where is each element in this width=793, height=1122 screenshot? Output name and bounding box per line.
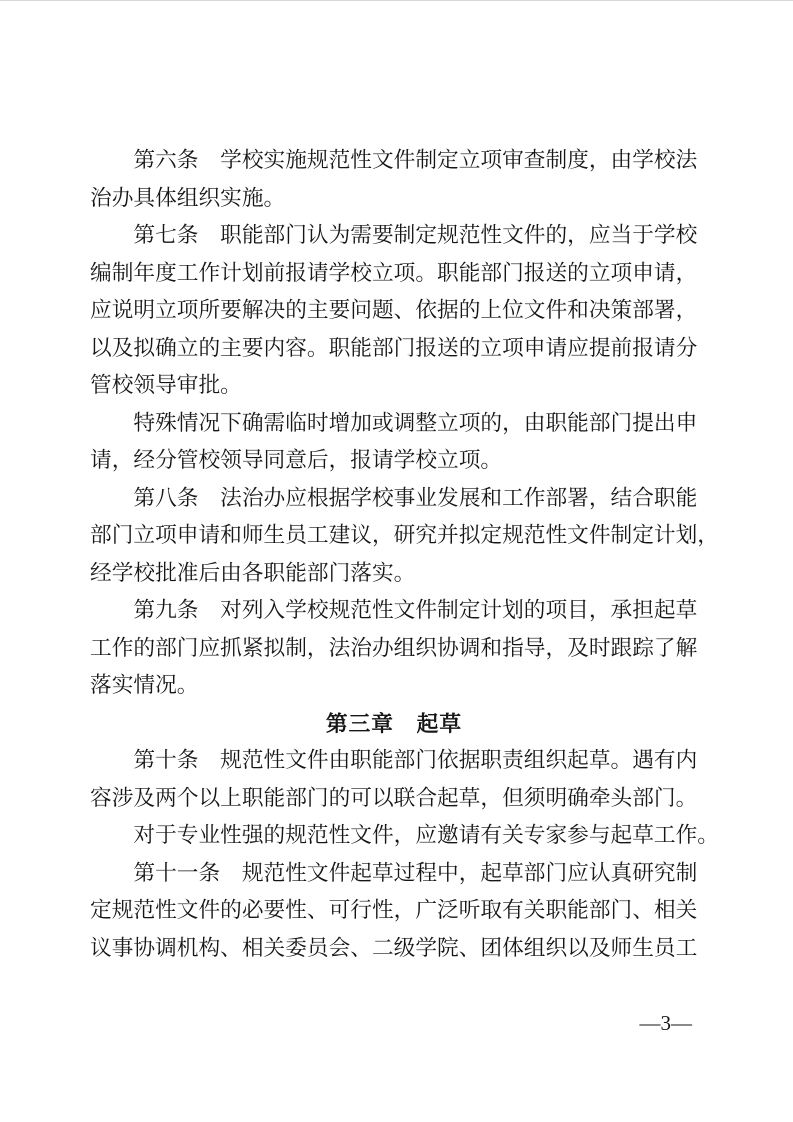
paragraph: 第十一条 规范性文件起草过程中，起草部门应认真研究制定规范性文件的必要性、可行性… xyxy=(90,855,698,968)
paragraph: 第七条 职能部门认为需要制定规范性文件的，应当于学校编制年度工作计划前报请学校立… xyxy=(90,217,698,405)
text-line: 定规范性文件的必要性、可行性，广泛听取有关职能部门、相关 xyxy=(90,892,698,930)
text-line: 工作的部门应抓紧拟制，法治办组织协调和指导，及时跟踪了解 xyxy=(90,630,698,668)
paragraph: 对于专业性强的规范性文件，应邀请有关专家参与起草工作。 xyxy=(90,817,698,855)
text-line: 部门立项申请和师生员工建议，研究并拟定规范性文件制定计划， xyxy=(90,517,698,555)
paragraph: 第十条 规范性文件由职能部门依据职责组织起草。遇有内容涉及两个以上职能部门的可以… xyxy=(90,742,698,817)
text-line: 经学校批准后由各职能部门落实。 xyxy=(90,555,698,593)
text-line: 第六条 学校实施规范性文件制定立项审查制度，由学校法 xyxy=(90,142,698,180)
text-line: 请，经分管校领导同意后，报请学校立项。 xyxy=(90,442,698,480)
paragraph: 特殊情况下确需临时增加或调整立项的，由职能部门提出申请，经分管校领导同意后，报请… xyxy=(90,405,698,480)
text-line: 议事协调机构、相关委员会、二级学院、团体组织以及师生员工 xyxy=(90,930,698,968)
text-line: 以及拟确立的主要内容。职能部门报送的立项申请应提前报请分 xyxy=(90,330,698,368)
text-line: 对于专业性强的规范性文件，应邀请有关专家参与起草工作。 xyxy=(90,817,698,855)
paragraph: 第九条 对列入学校规范性文件制定计划的项目，承担起草工作的部门应抓紧拟制，法治办… xyxy=(90,592,698,705)
text-line: 第八条 法治办应根据学校事业发展和工作部署，结合职能 xyxy=(90,480,698,518)
text-line: 应说明立项所要解决的主要问题、依据的上位文件和决策部署， xyxy=(90,292,698,330)
text-line: 容涉及两个以上职能部门的可以联合起草，但须明确牵头部门。 xyxy=(90,780,698,818)
text-line: 编制年度工作计划前报请学校立项。职能部门报送的立项申请， xyxy=(90,255,698,293)
page-number: —3— xyxy=(640,1010,693,1036)
text-line: 第十一条 规范性文件起草过程中，起草部门应认真研究制 xyxy=(90,855,698,893)
document-page: 第六条 学校实施规范性文件制定立项审查制度，由学校法治办具体组织实施。 第七条 … xyxy=(0,0,793,1122)
text-line: 特殊情况下确需临时增加或调整立项的，由职能部门提出申 xyxy=(90,405,698,443)
text-line: 治办具体组织实施。 xyxy=(90,180,698,218)
page-top-edge xyxy=(0,0,793,1)
text-line: 第九条 对列入学校规范性文件制定计划的项目，承担起草 xyxy=(90,592,698,630)
text-line: 第十条 规范性文件由职能部门依据职责组织起草。遇有内 xyxy=(90,742,698,780)
document-body: 第六条 学校实施规范性文件制定立项审查制度，由学校法治办具体组织实施。 第七条 … xyxy=(90,142,698,967)
text-line: 第七条 职能部门认为需要制定规范性文件的，应当于学校 xyxy=(90,217,698,255)
chapter-heading: 第三章 起草 xyxy=(90,705,698,743)
text-line: 管校领导审批。 xyxy=(90,367,698,405)
text-line: 落实情况。 xyxy=(90,667,698,705)
paragraph: 第六条 学校实施规范性文件制定立项审查制度，由学校法治办具体组织实施。 xyxy=(90,142,698,217)
paragraph: 第八条 法治办应根据学校事业发展和工作部署，结合职能部门立项申请和师生员工建议，… xyxy=(90,480,698,593)
